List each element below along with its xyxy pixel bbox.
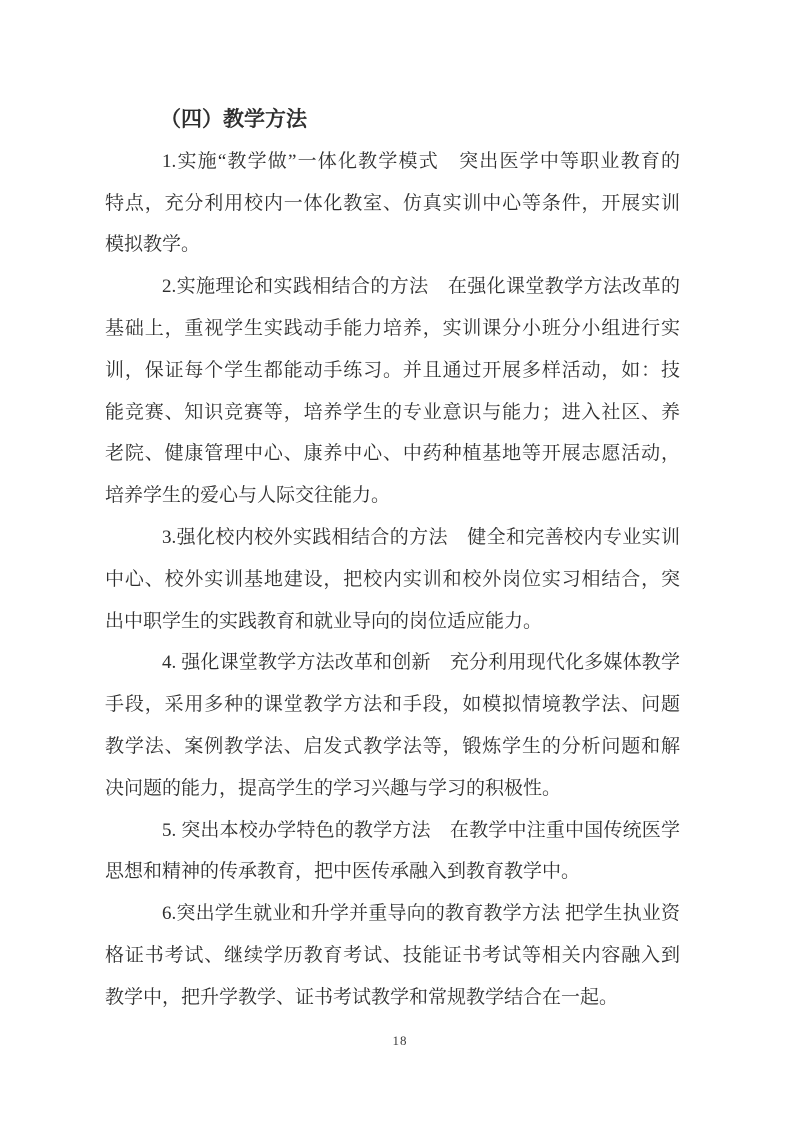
text-line: 中心、校外实训基地建设，把校内实训和校外岗位实习相结合，突 xyxy=(105,559,680,601)
page-number: 18 xyxy=(0,1033,800,1049)
body-text: 1.实施“教学做”一体化教学模式 突出医学中等职业教育的特点，充分利用校内一体化… xyxy=(105,141,680,1019)
text-line: 基础上，重视学生实践动手能力培养，实训课分小班分小组进行实 xyxy=(105,308,680,350)
text-line: 格证书考试、继续学历教育考试、技能证书考试等相关内容融入到 xyxy=(105,935,680,977)
text-line: 决问题的能力，提高学生的学习兴趣与学习的积极性。 xyxy=(105,768,680,810)
document-page: （四）教学方法 1.实施“教学做”一体化教学模式 突出医学中等职业教育的特点，充… xyxy=(0,0,800,1131)
text-line: 3.强化校内校外实践相结合的方法 健全和完善校内专业实训 xyxy=(105,517,680,559)
text-line: 5. 突出本校办学特色的教学方法 在教学中注重中国传统医学 xyxy=(105,810,680,852)
page-content: （四）教学方法 1.实施“教学做”一体化教学模式 突出医学中等职业教育的特点，充… xyxy=(105,99,680,1019)
text-line: 培养学生的爱心与人际交往能力。 xyxy=(105,475,680,517)
text-line: 6.突出学生就业和升学并重导向的教育教学方法 把学生执业资 xyxy=(105,893,680,935)
text-line: 训，保证每个学生都能动手练习。并且通过开展多样活动，如：技 xyxy=(105,350,680,392)
text-line: 手段，采用多种的课堂教学方法和手段，如模拟情境教学法、问题 xyxy=(105,684,680,726)
text-line: 能竞赛、知识竞赛等，培养学生的专业意识与能力；进入社区、养 xyxy=(105,392,680,434)
text-line: 出中职学生的实践教育和就业导向的岗位适应能力。 xyxy=(105,601,680,643)
text-line: 教学法、案例教学法、启发式教学法等，锻炼学生的分析问题和解 xyxy=(105,726,680,768)
text-line: 2.实施理论和实践相结合的方法 在强化课堂教学方法改革的 xyxy=(105,266,680,308)
text-line: 老院、健康管理中心、康养中心、中药种植基地等开展志愿活动， xyxy=(105,433,680,475)
text-line: 4. 强化课堂教学方法改革和创新 充分利用现代化多媒体教学 xyxy=(105,642,680,684)
section-heading: （四）教学方法 xyxy=(105,99,680,141)
text-line: 教学中，把升学教学、证书考试教学和常规教学结合在一起。 xyxy=(105,977,680,1019)
text-line: 1.实施“教学做”一体化教学模式 突出医学中等职业教育的 xyxy=(105,141,680,183)
text-line: 模拟教学。 xyxy=(105,224,680,266)
text-line: 特点，充分利用校内一体化教室、仿真实训中心等条件，开展实训 xyxy=(105,183,680,225)
text-line: 思想和精神的传承教育，把中医传承融入到教育教学中。 xyxy=(105,851,680,893)
